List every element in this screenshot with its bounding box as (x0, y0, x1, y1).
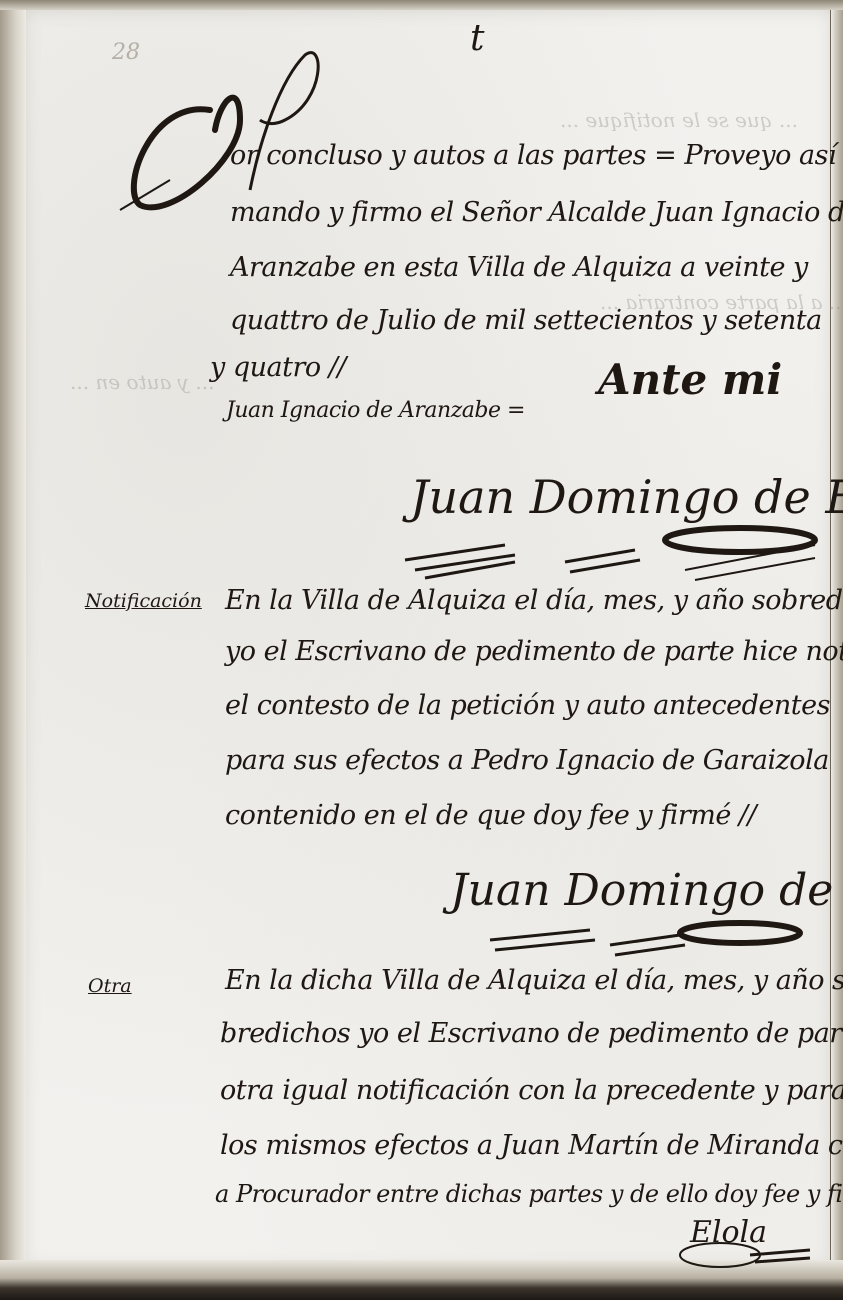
bleed-through-text: ... y auto en ... (70, 370, 214, 394)
notification-2-line-4: los mismos efectos a Juan Martín de Mira… (220, 1130, 843, 1161)
ante-mi-signature: Ante mi (598, 355, 782, 404)
bleed-through-text: ... que se le notifique ... (560, 108, 798, 132)
notary-rubric-icon (395, 520, 835, 590)
notification-1-line-3: el contesto de la petición y auto antece… (225, 690, 830, 721)
decree-line-3: Aranzabe en esta Villa de Alquiza a vein… (230, 252, 808, 283)
notification-1-line-1: En la Villa de Alquiza el día, mes, y añ… (225, 585, 843, 616)
margin-label-notificacion: Notificación (85, 590, 202, 612)
notification-1-line-5: contenido en el de que doy fee y firmé /… (225, 800, 756, 831)
decree-line-1: or concluso y autos a las partes = Prove… (230, 140, 836, 171)
notification-1-line-2: yo el Escrivano de pedimento de parte hi… (225, 636, 843, 667)
decree-line-4: quattro de Julio de mil settecientos y s… (230, 305, 822, 336)
notary-signature-1: Juan Domingo de Elola (410, 470, 843, 524)
notary-signature-2: Juan Domingo de Elola (450, 865, 843, 916)
decree-line-2: mando y firmo el Señor Alcalde Juan Igna… (230, 197, 843, 228)
page-edge-top (0, 0, 843, 10)
decorative-initial-p-icon (110, 40, 330, 220)
notary-rubric-icon (660, 1240, 820, 1280)
notification-2-line-2: bredichos yo el Escrivano de pedimento d… (220, 1018, 843, 1049)
notification-2-line-5: a Procurador entre dichas partes y de el… (215, 1180, 843, 1208)
header-cross-mark: t (470, 18, 484, 59)
margin-label-otra: Otra (88, 975, 132, 997)
notification-2-line-1: En la dicha Villa de Alquiza el día, mes… (225, 965, 843, 996)
notification-1-line-4: para sus efectos a Pedro Ignacio de Gara… (225, 745, 829, 776)
decree-line-5: y quatro // (210, 352, 346, 383)
decree-signatory: Juan Ignacio de Aranzabe = (226, 398, 525, 423)
notification-2-line-3: otra igual notificación con la precedent… (220, 1075, 843, 1106)
binding-edge-left (0, 0, 26, 1300)
